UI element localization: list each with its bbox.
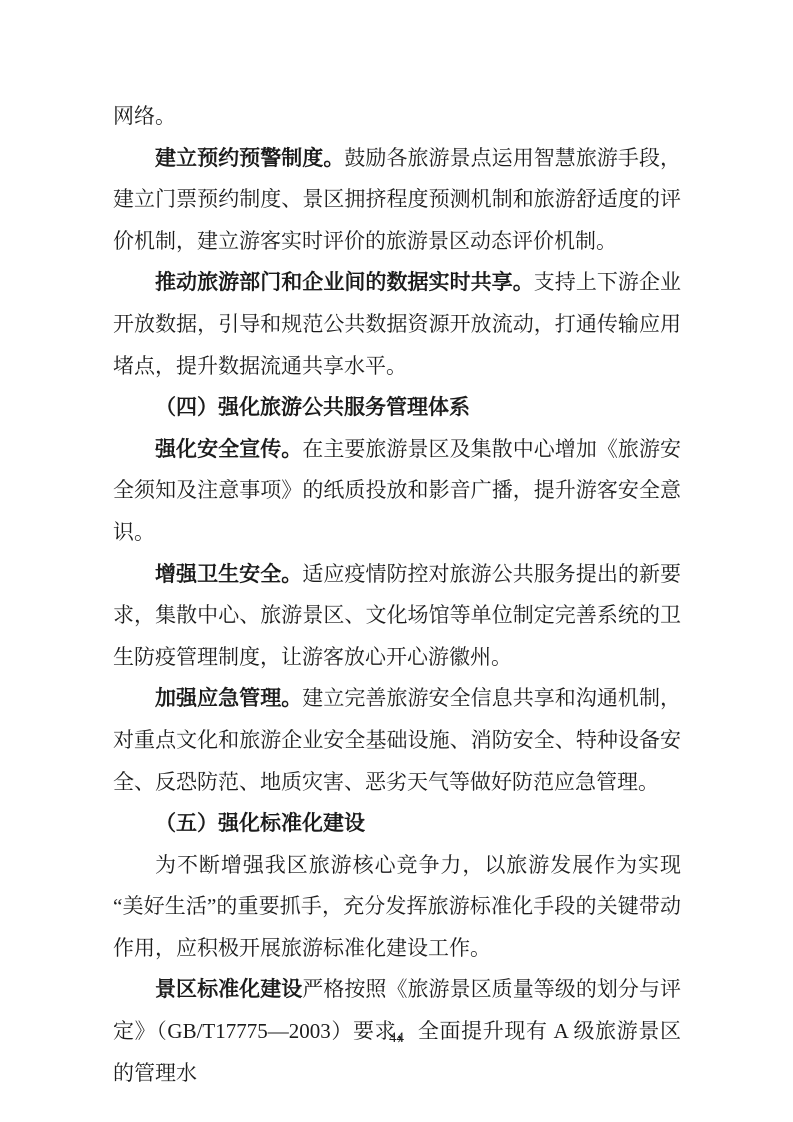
text-run: 为不断增强我区旅游核心竞争力，以旅游发展作为实现“美好生活”的重要抓手，充分发挥… — [113, 853, 681, 960]
paragraph: 为不断增强我区旅游核心竞争力，以旅游发展作为实现“美好生活”的重要抓手，充分发挥… — [113, 845, 681, 970]
document-body: 网络。建立预约预警制度。鼓励各旅游景点运用智慧旅游手段，建立门票预约制度、景区拥… — [113, 96, 681, 1094]
paragraph: 加强应急管理。建立完善旅游安全信息共享和沟通机制，对重点文化和旅游企业安全基础设… — [113, 678, 681, 803]
section-heading: （四）强化旅游公共服务管理体系 — [113, 387, 681, 429]
text-run-bold: （五）强化标准化建设 — [155, 811, 365, 835]
paragraph: 网络。 — [113, 96, 681, 138]
page-footer: 44 — [0, 1030, 793, 1047]
paragraph: 建立预约预警制度。鼓励各旅游景点运用智慧旅游手段，建立门票预约制度、景区拥挤程度… — [113, 138, 681, 263]
text-run-bold: （四）强化旅游公共服务管理体系 — [155, 395, 470, 419]
text-run-bold: 建立预约预警制度。 — [155, 146, 344, 170]
text-run: 网络。 — [113, 104, 176, 128]
paragraph: 推动旅游部门和企业间的数据实时共享。支持上下游企业开放数据，引导和规范公共数据资… — [113, 262, 681, 387]
page-number: 44 — [389, 1030, 404, 1046]
paragraph: 强化安全宣传。在主要旅游景区及集散中心增加《旅游安全须知及注意事项》的纸质投放和… — [113, 429, 681, 554]
text-run-bold: 增强卫生安全。 — [155, 562, 302, 586]
paragraph: 增强卫生安全。适应疫情防控对旅游公共服务提出的新要求，集散中心、旅游景区、文化场… — [113, 554, 681, 679]
text-run-bold: 推动旅游部门和企业间的数据实时共享。 — [155, 270, 534, 294]
text-run-bold: 景区标准化建设 — [155, 977, 302, 1001]
document-page: 网络。建立预约预警制度。鼓励各旅游景点运用智慧旅游手段，建立门票预约制度、景区拥… — [0, 0, 793, 1122]
text-run-bold: 强化安全宣传。 — [155, 437, 302, 461]
text-run-bold: 加强应急管理。 — [155, 686, 302, 710]
section-heading: （五）强化标准化建设 — [113, 803, 681, 845]
